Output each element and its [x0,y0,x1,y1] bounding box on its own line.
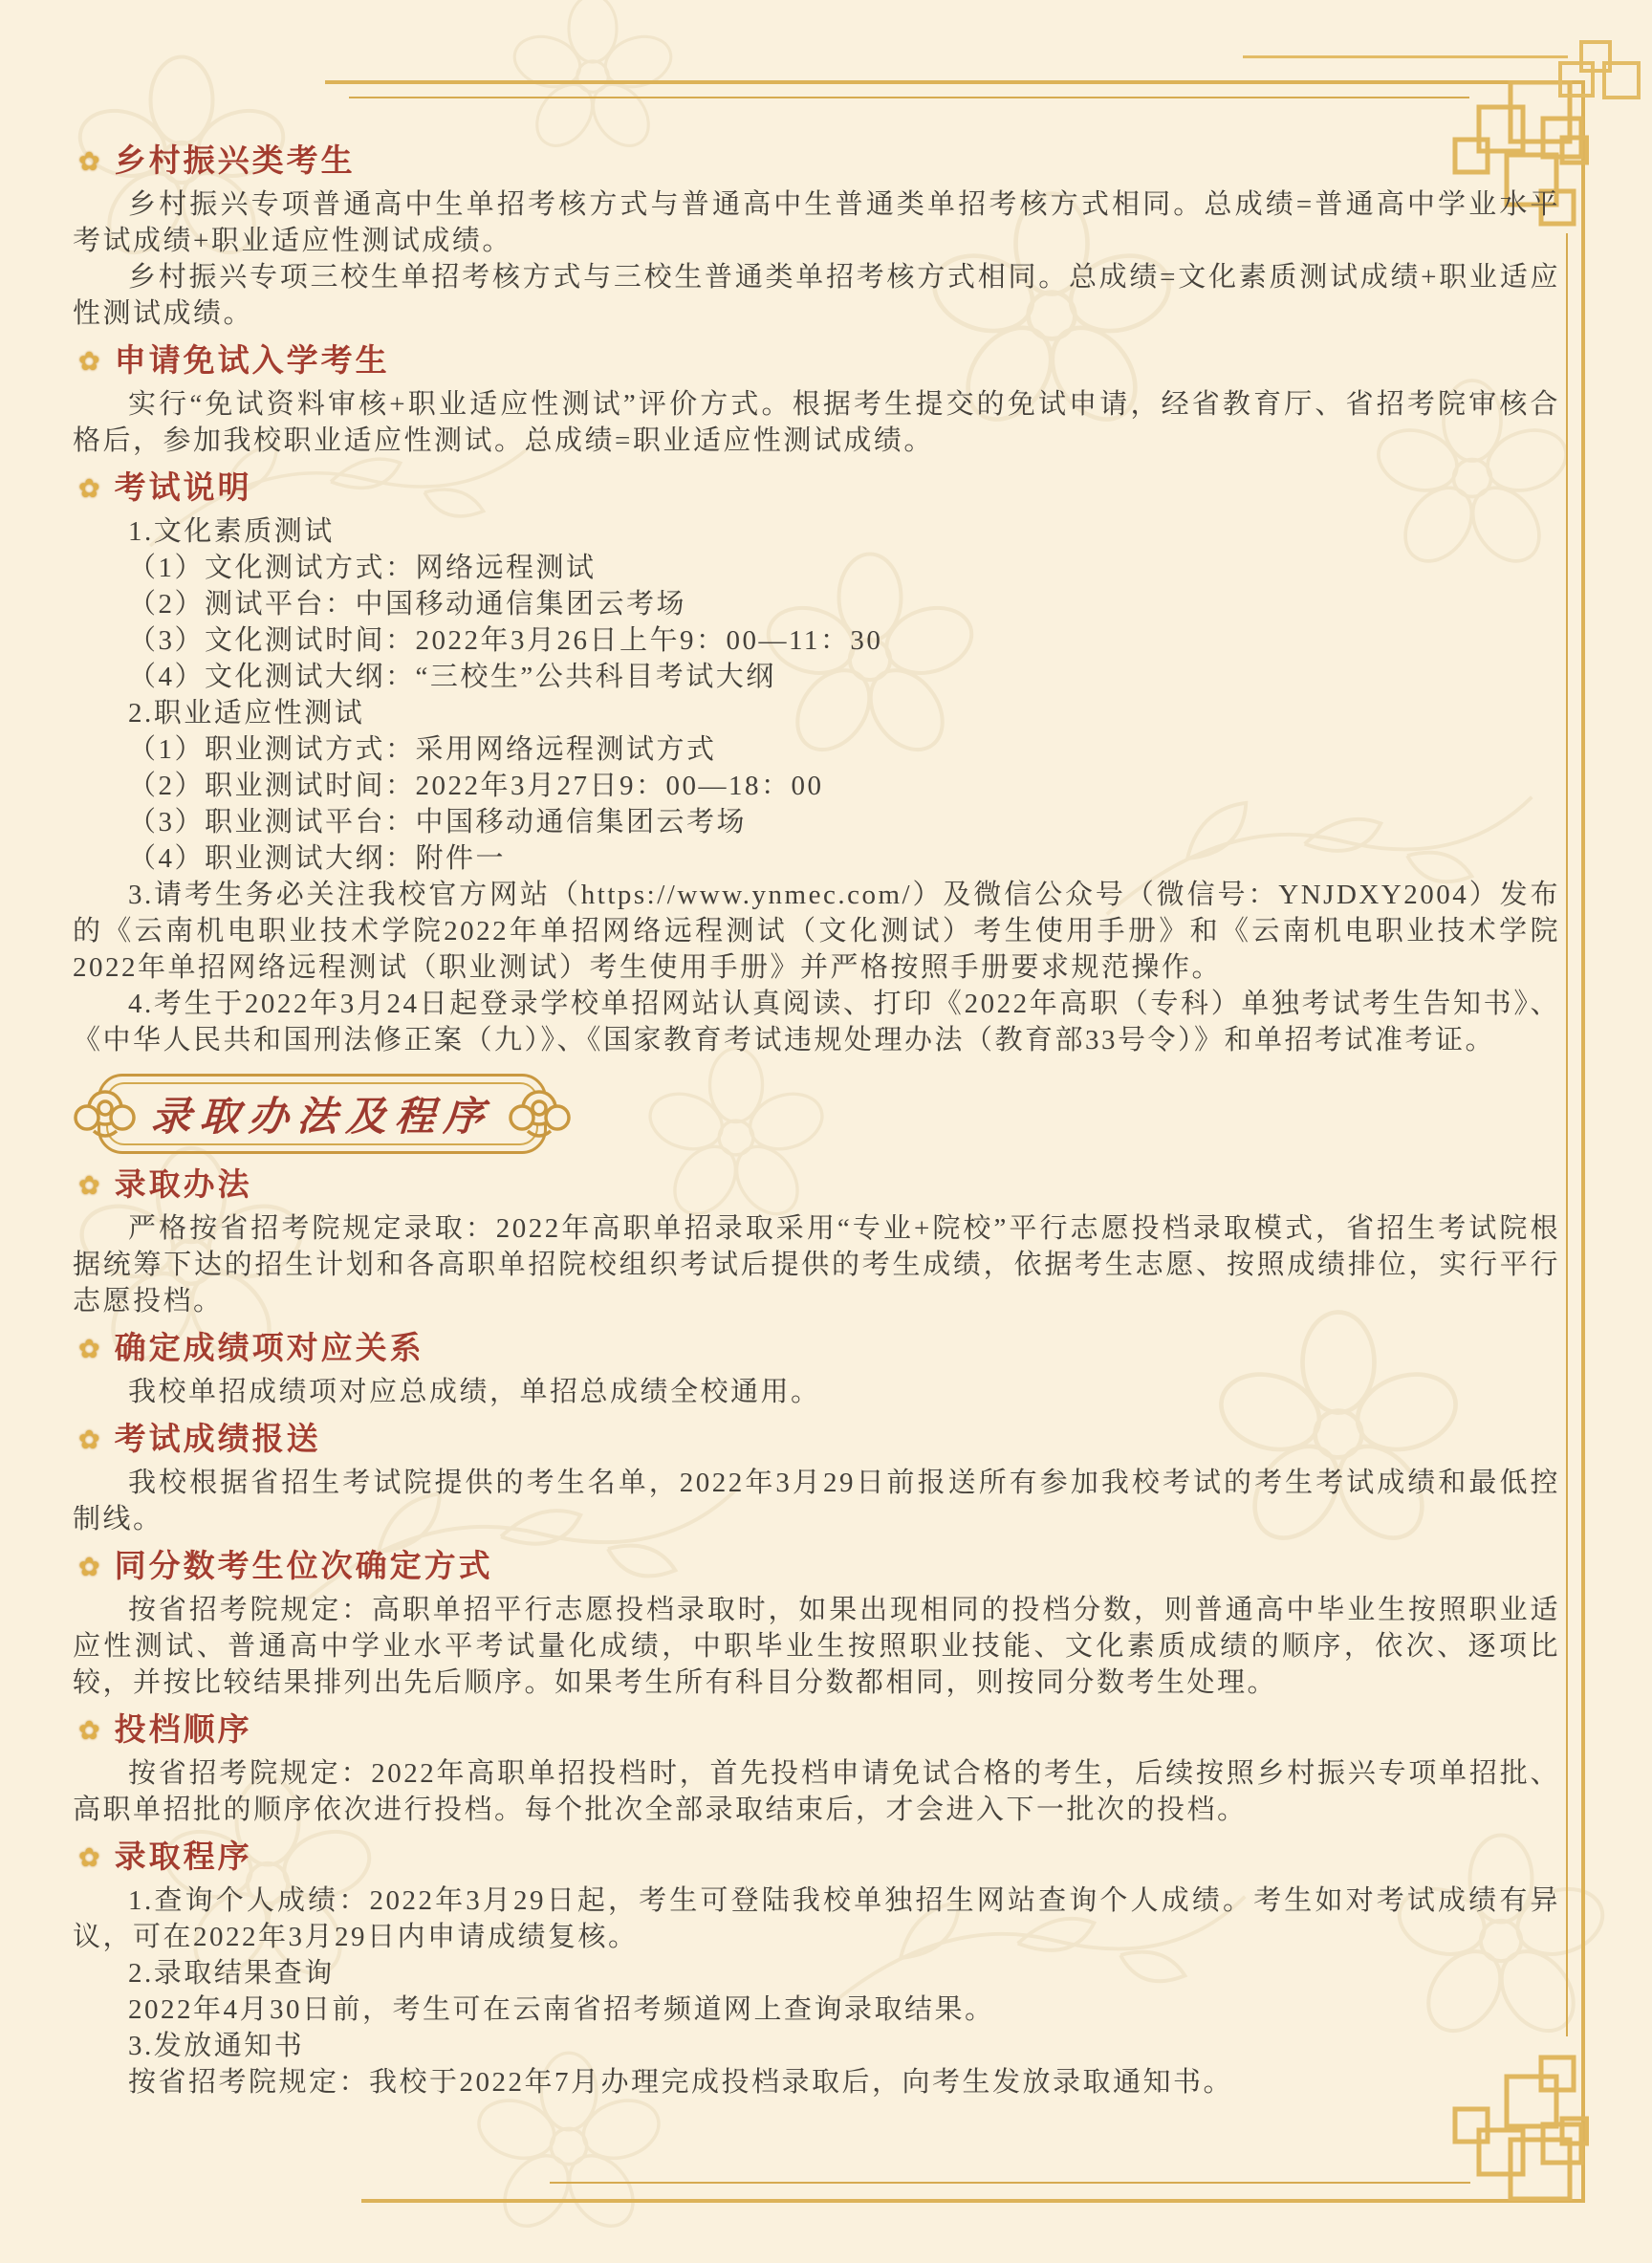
section-heading: ✿ 乡村振兴类考生 [78,141,1560,182]
section-exam-instructions: ✿ 考试说明 1.文化素质测试 （1）文化测试方式：网络远程测试 （2）测试平台… [73,468,1560,1058]
section-heading-label: 申请免试入学考生 [115,341,390,381]
flower-icon: ✿ [78,349,103,375]
paragraph: 乡村振兴专项三校生单招考核方式与三校生普通类单招考核方式相同。总成绩=文化素质测… [73,259,1560,332]
list-line: （1）职业测试方式：采用网络远程测试方式 [73,731,1560,768]
frame-top-inner-line [349,97,1469,98]
section-heading: ✿ 确定成绩项对应关系 [78,1329,1560,1369]
section-banner: 录取办法及程序 [98,1074,547,1154]
list-line: 2.职业适应性测试 [73,695,1560,731]
list-line: （3）职业测试平台：中国移动通信集团云考场 [73,804,1560,840]
banner-title: 录取办法及程序 [150,1085,494,1142]
list-line: （3）文化测试时间：2022年3月26日上午9：00—11：30 [73,622,1560,659]
paragraph: 我校根据省招生考试院提供的考生名单，2022年3月29日前报送所有参加我校考试的… [73,1465,1560,1537]
paragraph: 4.考生于2022年3月24日起登录学校单招网站认真阅读、打印《2022年高职（… [73,986,1560,1058]
section-heading: ✿ 投档顺序 [78,1710,1560,1751]
paragraph: 2022年4月30日前，考生可在云南省招考频道网上查询录取结果。 [73,1991,1560,2028]
frame-top-accent-line [1243,55,1568,58]
flower-icon: ✿ [78,1718,103,1744]
paragraph: 我校单招成绩项对应总成绩，单招总成绩全校通用。 [73,1374,1560,1410]
list-line: （2）测试平台：中国移动通信集团云考场 [73,586,1560,622]
flower-icon: ✿ [78,149,103,175]
section-heading-label: 同分数考生位次确定方式 [115,1547,493,1587]
section-filing-order: ✿ 投档顺序 按省招考院规定：2022年高职单招投档时，首先投档申请免试合格的考… [73,1710,1560,1828]
list-line: （1）文化测试方式：网络远程测试 [73,550,1560,586]
section-heading-label: 考试说明 [115,468,252,509]
flower-icon: ✿ [78,1337,103,1362]
list-line: （4）职业测试大纲：附件一 [73,840,1560,877]
paragraph: 乡村振兴专项普通高中生单招考核方式与普通高中生普通类单招考核方式相同。总成绩=普… [73,186,1560,259]
paragraph: 严格按省招考院规定录取：2022年高职单招录取采用“专业+院校”平行志愿投档录取… [73,1210,1560,1319]
document-body: ✿ 乡村振兴类考生 乡村振兴专项普通高中生单招考核方式与普通高中生普通类单招考核… [0,132,1652,2100]
paragraph: 3.请考生务必关注我校官方网站（https://www.ynmec.com/）及… [73,877,1560,986]
flower-icon: ✿ [78,1427,103,1453]
frame-top-line [325,80,1585,84]
section-heading: ✿ 考试说明 [78,468,1560,509]
section-heading: ✿ 申请免试入学考生 [78,341,1560,381]
list-line: 1.文化素质测试 [73,513,1560,550]
section-heading-label: 乡村振兴类考生 [115,141,356,182]
section-exemption: ✿ 申请免试入学考生 实行“免试资料审核+职业适应性测试”评价方式。根据考生提交… [73,341,1560,459]
section-heading-label: 投档顺序 [115,1710,252,1751]
flower-icon: ✿ [78,476,103,502]
section-heading: ✿ 录取程序 [78,1838,1560,1878]
cloud-ornament-icon [501,1076,581,1152]
section-heading: ✿ 考试成绩报送 [78,1420,1560,1460]
section-heading-label: 录取程序 [115,1838,252,1878]
paragraph: 按省招考院规定：2022年高职单招投档时，首先投档申请免试合格的考生，后续按照乡… [73,1755,1560,1828]
list-line: （2）职业测试时间：2022年3月27日9：00—18：00 [73,768,1560,804]
section-heading-label: 确定成绩项对应关系 [115,1329,424,1369]
list-line: （4）文化测试大纲：“三校生”公共科目考试大纲 [73,659,1560,695]
paragraph: 3.发放通知书 [73,2028,1560,2064]
section-score-mapping: ✿ 确定成绩项对应关系 我校单招成绩项对应总成绩，单招总成绩全校通用。 [73,1329,1560,1410]
section-heading: ✿ 录取办法 [78,1165,1560,1206]
paragraph: 2.录取结果查询 [73,1955,1560,1991]
section-admission-method: ✿ 录取办法 严格按省招考院规定录取：2022年高职单招录取采用“专业+院校”平… [73,1165,1560,1319]
paragraph: 1.查询个人成绩：2022年3月29日起，考生可登陆我校单独招生网站查询个人成绩… [73,1882,1560,1955]
flower-icon: ✿ [78,1173,103,1199]
mini-lattice-icon [1556,25,1644,113]
section-tie-breaking: ✿ 同分数考生位次确定方式 按省招考院规定：高职单招平行志愿投档录取时，如果出现… [73,1547,1560,1701]
section-rural-revitalization: ✿ 乡村振兴类考生 乡村振兴专项普通高中生单招考核方式与普通高中生普通类单招考核… [73,141,1560,332]
section-admission-procedure: ✿ 录取程序 1.查询个人成绩：2022年3月29日起，考生可登陆我校单独招生网… [73,1838,1560,2100]
frame-bottom-line [361,2199,1585,2203]
section-heading: ✿ 同分数考生位次确定方式 [78,1547,1560,1587]
frame-bottom-inner-line [550,2182,1470,2184]
paragraph: 按省招考院规定：高职单招平行志愿投档录取时，如果出现相同的投档分数，则普通高中毕… [73,1592,1560,1701]
section-heading-label: 录取办法 [115,1165,252,1206]
section-score-submission: ✿ 考试成绩报送 我校根据省招生考试院提供的考生名单，2022年3月29日前报送… [73,1420,1560,1537]
paragraph: 按省招考院规定：我校于2022年7月办理完成投档录取后，向考生发放录取通知书。 [73,2064,1560,2100]
flower-icon: ✿ [78,1555,103,1580]
flower-icon: ✿ [78,1845,103,1871]
section-heading-label: 考试成绩报送 [115,1420,321,1460]
banner-frame: 录取办法及程序 [98,1074,547,1154]
cloud-ornament-icon [63,1076,143,1152]
paragraph: 实行“免试资料审核+职业适应性测试”评价方式。根据考生提交的免试申请，经省教育厅… [73,386,1560,459]
